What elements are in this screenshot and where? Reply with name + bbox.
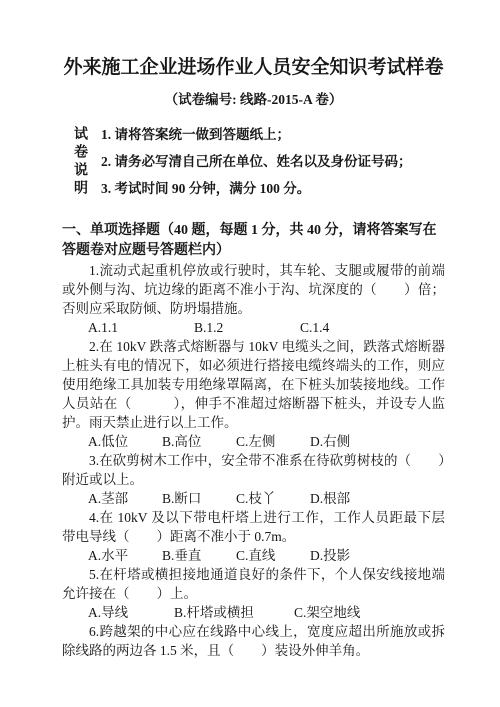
option: B.高位 [162, 432, 236, 451]
question-5-options: A.导线B.杆塔或横担C.架空地线 [62, 603, 445, 622]
instructions-list: 1. 请将答案统一做到答题纸上； 2. 请务必写清自己所在单位、姓名以及身份证号… [101, 126, 412, 198]
question-3-text: 3.在砍剪树木工作中，安全带不准系在待砍剪树枝的（ ）附近或以上。 [62, 451, 445, 489]
option: A.水平 [88, 546, 162, 565]
option: B.杆塔或横担 [174, 603, 294, 622]
option: C.1.4 [300, 318, 406, 337]
question-4-text: 4.在 10kV 及以下带电杆塔上进行工作，工作人员距最下层带电导线（ ）距离不… [62, 508, 445, 546]
exam-instructions-block: 试卷说明 1. 请将答案统一做到答题纸上； 2. 请务必写清自己所在单位、姓名以… [70, 126, 445, 198]
instruction-item: 1. 请将答案统一做到答题纸上； [101, 126, 412, 144]
option: C.左侧 [236, 432, 310, 451]
option: A.低位 [88, 432, 162, 451]
option: B.垂直 [162, 546, 236, 565]
option: A.茎部 [88, 489, 162, 508]
option: C.架空地线 [294, 603, 360, 622]
option: B.1.2 [194, 318, 300, 337]
question-4-options: A.水平B.垂直C.直线D.投影 [62, 546, 445, 565]
question-section: 一、单项选择题（40 题，每题 1 分，共 40 分，请将答案写在答题卷对应题号… [62, 221, 445, 660]
exam-paper-page: 外来施工企业进场作业人员安全知识考试样卷 （试卷编号: 线路-2015-A 卷）… [0, 0, 500, 707]
instruction-item: 2. 请务必写清自己所在单位、姓名以及身份证号码； [101, 153, 412, 171]
question-1-options: A.1.1B.1.2C.1.4 [62, 318, 445, 337]
instruction-item: 3. 考试时间 90 分钟，满分 100 分。 [101, 180, 412, 198]
option: D.根部 [310, 489, 384, 508]
option: C.枝丫 [236, 489, 310, 508]
option: A.1.1 [88, 318, 194, 337]
option: D.投影 [310, 546, 384, 565]
question-3-options: A.茎部B.断口C.枝丫D.根部 [62, 489, 445, 508]
page-title: 外来施工企业进场作业人员安全知识考试样卷 [62, 56, 445, 80]
option: C.直线 [236, 546, 310, 565]
question-2-options: A.低位B.高位C.左侧D.右侧 [62, 432, 445, 451]
question-5-text: 5.在杆塔或横担接地通道良好的条件下，个人保安线接地端允许接在（ ）上。 [62, 565, 445, 603]
question-2-text: 2.在 10kV 跌落式熔断器与 10kV 电缆头之间，跌落式熔断器上桩头有电的… [62, 337, 445, 432]
instructions-vertical-label: 试卷说明 [70, 126, 88, 198]
question-6-text: 6.跨越架的中心应在线路中心线上，宽度应超出所施放或拆除线路的两边各 1.5 米… [62, 622, 445, 660]
option: B.断口 [162, 489, 236, 508]
paper-number-subtitle: （试卷编号: 线路-2015-A 卷） [62, 91, 445, 109]
option: D.右侧 [310, 432, 384, 451]
section-heading: 一、单项选择题（40 题，每题 1 分，共 40 分，请将答案写在答题卷对应题号… [62, 221, 445, 260]
question-1-text: 1.流动式起重机停放或行驶时，其车轮、支腿或履带的前端或外侧与沟、坑边缘的距离不… [62, 261, 445, 318]
option: A.导线 [88, 603, 174, 622]
